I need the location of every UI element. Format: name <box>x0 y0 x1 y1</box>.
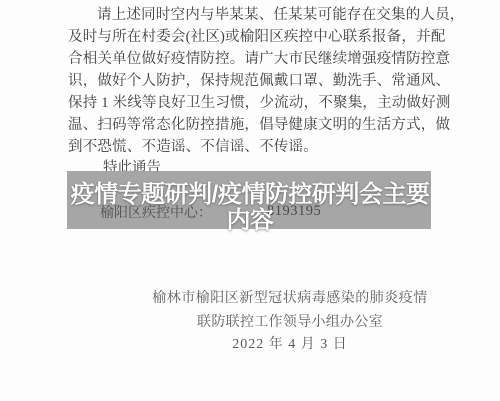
issuing-org-line-1: 榆林市榆阳区新型冠状病毒感染的肺炎疫情 <box>130 287 450 307</box>
issue-date: 2022 年 4 月 3 日 <box>130 333 450 353</box>
body-text-line: 识，做好个人防护，保持规范佩戴口罩、勤洗手、常通风、 <box>68 74 488 89</box>
issuing-org-line-2: 联防联控工作领导小组办公室 <box>130 311 450 331</box>
headline-title-line-2: 内容 <box>55 200 445 235</box>
body-text-line: 保持 1 米线等良好卫生习惯，少流动，不聚集，主动做好测 <box>68 96 488 111</box>
body-text-line: 温、扫码等常态化防控措施，倡导健康文明的生活方式，做 <box>68 118 488 133</box>
notice-document: 请上述同时空内与毕某某、任某某可能存在交集的人员， 及时与所在村委会(社区)或榆… <box>0 0 500 401</box>
body-text-line: 合相关单位做好疫情防控。请广大市民继续增强疫情防控意 <box>68 52 488 67</box>
body-text-line: 及时与所在村委会(社区)或榆阳区疾控中心联系报备，并配 <box>68 30 488 45</box>
body-text-line: 请上述同时空内与毕某某、任某某可能存在交集的人员， <box>97 8 500 23</box>
body-text-line: 到不恐慌、不造谣、不信谣、不传谣。 <box>68 140 488 155</box>
